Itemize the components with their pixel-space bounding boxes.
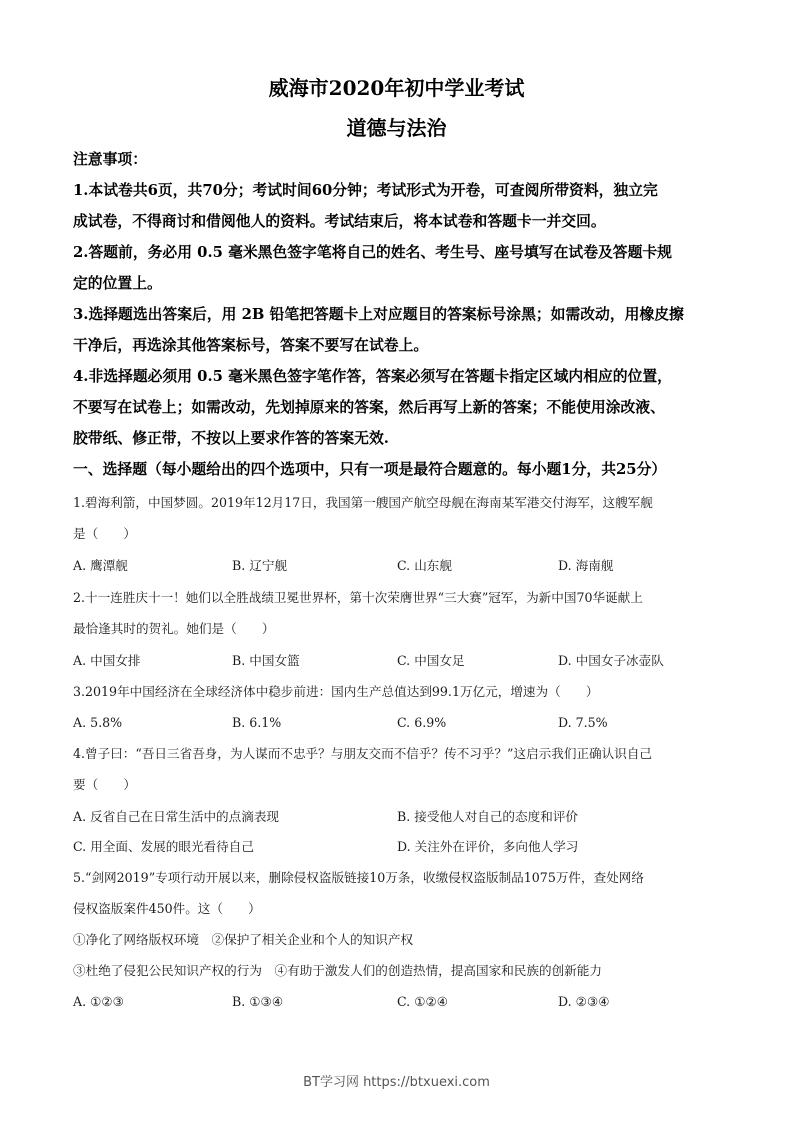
question-1-option-b: B. 辽宁舰 <box>232 556 287 576</box>
question-3-stem: 3.2019年中国经济在全球经济体中稳步前进：国内生产总值达到99.1万亿元，增… <box>73 682 733 702</box>
question-5-stem: 侵权盗版案件450件。这（ ） <box>73 899 733 919</box>
question-4-option-d: D. 关注外在评价，多向他人学习 <box>397 837 578 857</box>
question-5-option-c: C. ①②④ <box>397 992 448 1012</box>
question-2-stem: 最恰逢其时的贺礼。她们是（ ） <box>73 619 733 639</box>
notice-line: 成试卷，不得商讨和借阅他人的资料。考试结束后，将本试卷和答题卡一并交回。 <box>73 212 733 232</box>
question-3-option-b: B. 6.1% <box>232 713 281 733</box>
question-4-stem: 4.曾子曰：“吾日三省吾身，为人谋而不忠乎？与朋友交而不信乎？传不习乎？”这启示… <box>73 744 733 764</box>
notice-line: 定的位置上。 <box>73 274 733 294</box>
question-2-option-c: C. 中国女足 <box>397 651 465 671</box>
notice-line: 干净后，再选涂其他答案标号，答案不要写在试卷上。 <box>73 336 733 356</box>
question-4-option-a: A. 反省自己在日常生活中的点滴表现 <box>73 807 279 827</box>
question-5-option-d: D. ②③④ <box>558 992 610 1012</box>
notice-line: 3.选择题选出答案后，用 2B 铅笔把答题卡上对应题目的答案标号涂黑；如需改动，… <box>73 305 733 325</box>
question-2-option-d: D. 中国女子冰壶队 <box>558 651 664 671</box>
question-4-option-b: B. 接受他人对自己的态度和评价 <box>397 807 578 827</box>
question-1-option-a: A. 鹰潭舰 <box>73 556 128 576</box>
notice-line: 1.本试卷共6页，共70分；考试时间60分钟；考试形式为开卷，可查阅所带资料，独… <box>73 181 733 201</box>
notice-line: 不要写在试卷上；如需改动，先划掉原来的答案，然后再写上新的答案；不能使用涂改液、 <box>73 398 733 418</box>
question-5-statements: ③杜绝了侵犯公民知识产权的行为 ④有助于激发人们的创造热情，提高国家和民族的创新… <box>73 961 733 981</box>
question-2-stem: 2.十一连胜庆十一！她们以全胜战绩卫冕世界杯，第十次荣膺世界“三大赛”冠军，为新… <box>73 588 733 608</box>
question-5-stem: 5.“剑网2019”专项行动开展以来，删除侵权盗版链接10万条，收缴侵权盗版制品… <box>73 868 733 888</box>
question-3-option-a: A. 5.8% <box>73 713 122 733</box>
question-5-statements: ①净化了网络版权环境 ②保护了相关企业和个人的知识产权 <box>73 930 733 950</box>
question-2-option-a: A. 中国女排 <box>73 651 140 671</box>
question-4-stem: 要（ ） <box>73 775 733 795</box>
notice-line: 胶带纸、修正带，不按以上要求作答的答案无效. <box>73 429 733 449</box>
question-1-option-c: C. 山东舰 <box>397 556 452 576</box>
question-5-option-a: A. ①②③ <box>73 992 124 1012</box>
question-3-option-d: D. 7.5% <box>558 713 608 733</box>
notice-line: 4.非选择题必须用 0.5 毫米黑色签字笔作答，答案必须写在答题卡指定区域内相应… <box>73 367 733 387</box>
question-1-option-d: D. 海南舰 <box>558 556 613 576</box>
notice-heading: 注意事项： <box>73 150 733 170</box>
footer-watermark: BT学习网 https://btxuexi.com <box>0 1071 793 1090</box>
question-4-option-c: C. 用全面、发展的眼光看待自己 <box>73 837 254 857</box>
exam-page: 威海市2020年初中学业考试 道德与法治 注意事项： 1.本试卷共6页，共70分… <box>0 0 793 1122</box>
exam-title: 威海市2020年初中学业考试 <box>0 72 793 101</box>
notice-line: 2.答题前，务必用 0.5 毫米黑色签字笔将自己的姓名、考生号、座号填写在试卷及… <box>73 243 733 263</box>
question-2-option-b: B. 中国女篮 <box>232 651 300 671</box>
question-3-option-c: C. 6.9% <box>397 713 446 733</box>
question-1-stem: 是（ ） <box>73 524 733 544</box>
question-5-option-b: B. ①③④ <box>232 992 283 1012</box>
question-1-stem: 1.碧海利箭，中国梦圆。2019年12月17日，我国第一艘国产航空母舰在海南某军… <box>73 493 733 513</box>
section-heading: 一、选择题（每小题给出的四个选项中，只有一项是最符合题意的。每小题1分，共25分… <box>73 460 733 480</box>
exam-subject: 道德与法治 <box>0 112 793 141</box>
